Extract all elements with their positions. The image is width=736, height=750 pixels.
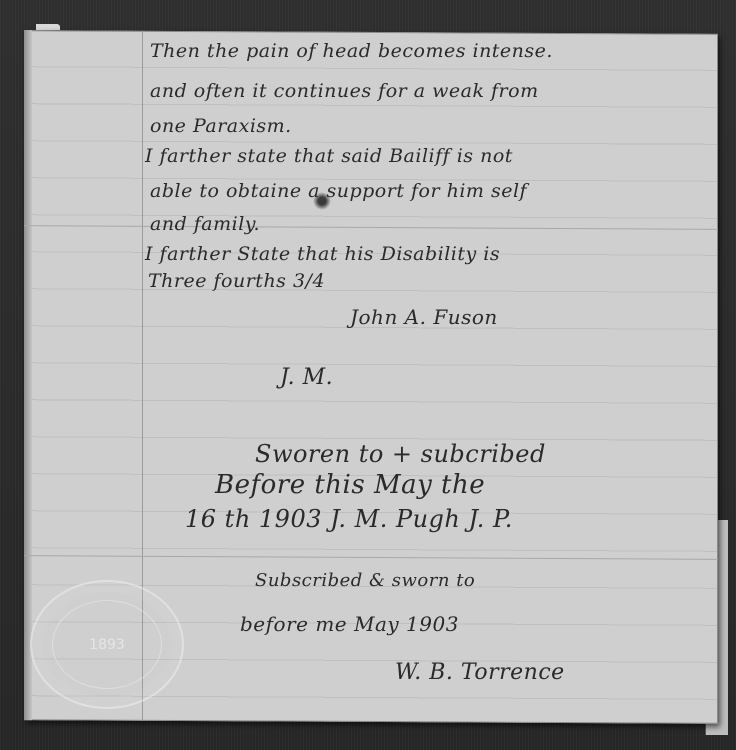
body-line: and often it continues for a weak from (150, 80, 539, 102)
jurat-line: Sworen to + subcribed (255, 440, 546, 468)
seal-center: 1893 (52, 600, 162, 689)
fold-crease (24, 555, 718, 560)
notary-signature: W. B. Torrence (395, 660, 565, 685)
body-line: I farther state that said Bailiff is not (145, 145, 513, 167)
body-line: Then the pain of head becomes intense. (150, 40, 553, 62)
notary-line: before me May 1903 (240, 612, 459, 636)
ink-blot (313, 192, 331, 210)
body-line: one Paraxism. (150, 115, 292, 137)
fold-crease (24, 225, 718, 230)
body-line: able to obtaine a support for him self (150, 180, 527, 202)
jurat-line: 16 th 1903 J. M. Pugh J. P. (185, 505, 513, 533)
page-edge-shadow (24, 30, 32, 720)
paper-tab (36, 24, 60, 30)
seal-year: 1893 (89, 637, 125, 653)
affiant-signature: John A. Fuson (350, 305, 498, 329)
initials-mark: J. M. (280, 365, 333, 390)
body-line: I farther State that his Disability is (145, 243, 500, 265)
jurat-line: Before this May the (215, 470, 485, 500)
notary-line: Subscribed & sworn to (255, 570, 475, 591)
embossed-seal-icon: 1893 (30, 580, 184, 709)
body-line: Three fourths 3/4 (148, 270, 325, 292)
body-line: and family. (150, 213, 260, 235)
